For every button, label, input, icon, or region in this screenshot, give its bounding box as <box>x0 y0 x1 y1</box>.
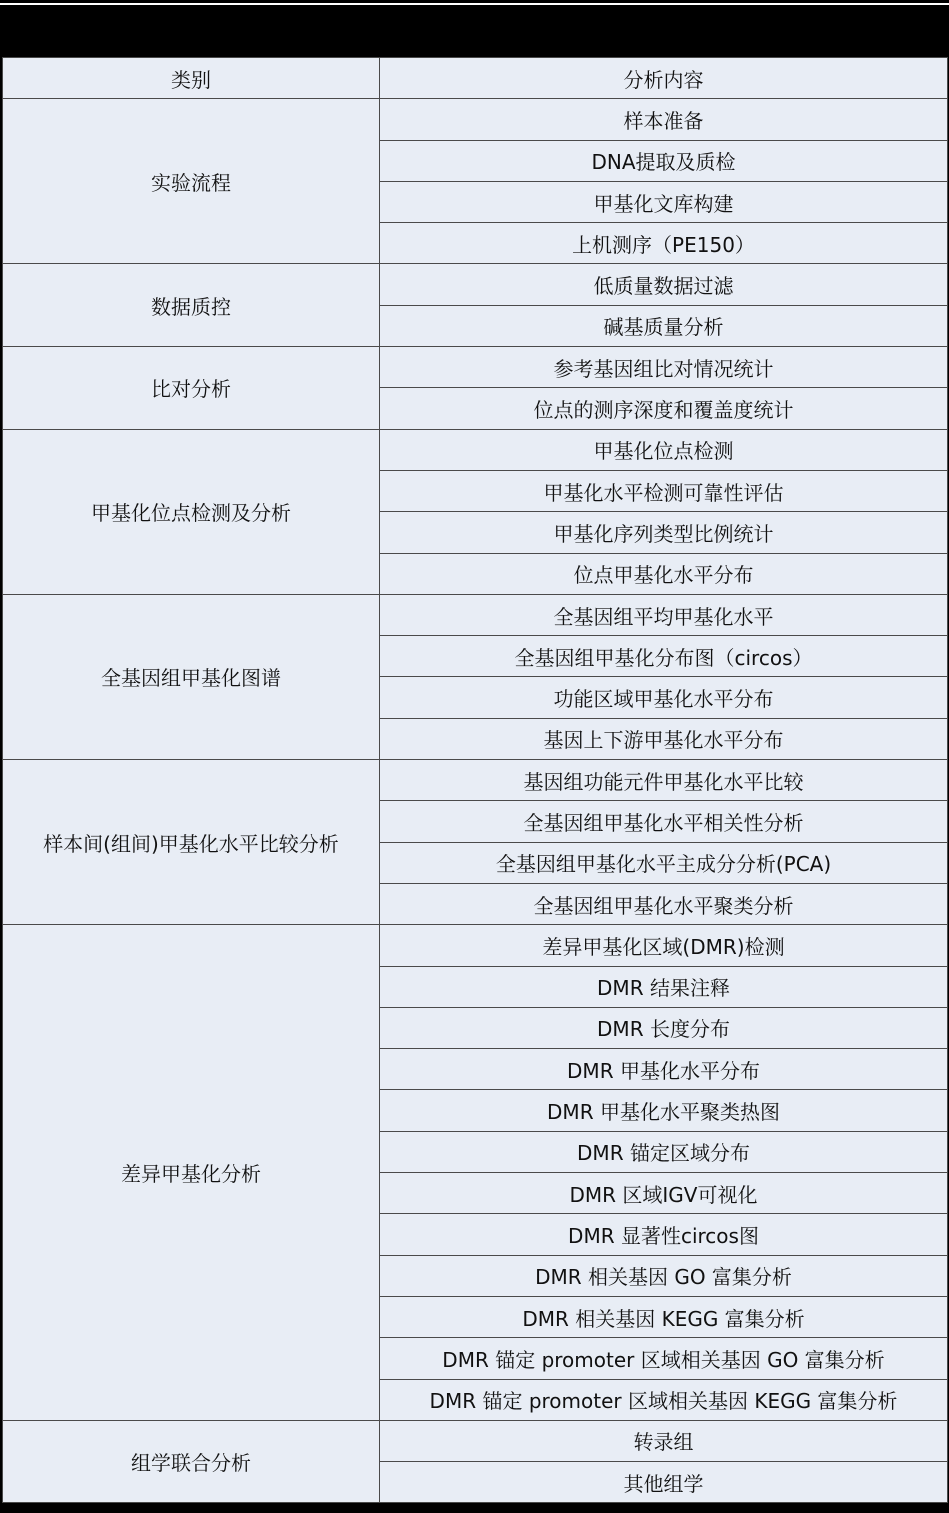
category-cell: 组学联合分析 <box>3 1420 380 1503</box>
header-content: 分析内容 <box>380 58 948 99</box>
content-cell: DMR 锚定 promoter 区域相关基因 GO 富集分析 <box>380 1338 948 1379</box>
content-cell: 参考基因组比对情况统计 <box>380 347 948 388</box>
content-cell: DNA提取及质检 <box>380 140 948 181</box>
content-cell: 甲基化序列类型比例统计 <box>380 512 948 553</box>
category-cell: 样本间(组间)甲基化水平比较分析 <box>3 760 380 925</box>
content-cell: DMR 相关基因 KEGG 富集分析 <box>380 1296 948 1337</box>
content-cell: 全基因组甲基化水平主成分分析(PCA) <box>380 842 948 883</box>
category-cell: 数据质控 <box>3 264 380 347</box>
table-row: 全基因组甲基化图谱全基因组平均甲基化水平 <box>3 594 948 635</box>
content-cell: 甲基化文库构建 <box>380 181 948 222</box>
content-cell: 上机测序（PE150） <box>380 223 948 264</box>
title-bar <box>3 6 946 57</box>
table-row: 实验流程样本准备 <box>3 99 948 140</box>
table-row: 样本间(组间)甲基化水平比较分析基因组功能元件甲基化水平比较 <box>3 760 948 801</box>
content-cell: 位点甲基化水平分布 <box>380 553 948 594</box>
category-cell: 实验流程 <box>3 99 380 264</box>
table-row: 组学联合分析转录组 <box>3 1420 948 1461</box>
content-cell: DMR 甲基化水平聚类热图 <box>380 1090 948 1131</box>
content-cell: 全基因组甲基化水平相关性分析 <box>380 801 948 842</box>
content-cell: 甲基化水平检测可靠性评估 <box>380 470 948 511</box>
content-cell: DMR 相关基因 GO 富集分析 <box>380 1255 948 1296</box>
header-category: 类别 <box>3 58 380 99</box>
header-row: 类别 分析内容 <box>3 58 948 99</box>
content-cell: 样本准备 <box>380 99 948 140</box>
table-row: 比对分析参考基因组比对情况统计 <box>3 347 948 388</box>
content-cell: 全基因组平均甲基化水平 <box>380 594 948 635</box>
category-cell: 全基因组甲基化图谱 <box>3 594 380 759</box>
content-cell: 功能区域甲基化水平分布 <box>380 677 948 718</box>
content-cell: DMR 显著性circos图 <box>380 1214 948 1255</box>
content-cell: 位点的测序深度和覆盖度统计 <box>380 388 948 429</box>
content-cell: 全基因组甲基化分布图（circos） <box>380 636 948 677</box>
content-cell: 全基因组甲基化水平聚类分析 <box>380 883 948 924</box>
category-cell: 差异甲基化分析 <box>3 925 380 1421</box>
category-cell: 比对分析 <box>3 347 380 430</box>
category-cell: 甲基化位点检测及分析 <box>3 429 380 594</box>
content-cell: DMR 结果注释 <box>380 966 948 1007</box>
top-border-line <box>0 3 949 5</box>
content-cell: DMR 区域IGV可视化 <box>380 1173 948 1214</box>
content-cell: 转录组 <box>380 1420 948 1461</box>
content-cell: DMR 锚定区域分布 <box>380 1131 948 1172</box>
content-cell: 其他组学 <box>380 1462 948 1503</box>
content-cell: DMR 甲基化水平分布 <box>380 1049 948 1090</box>
content-cell: 碱基质量分析 <box>380 305 948 346</box>
content-cell: DMR 长度分布 <box>380 1007 948 1048</box>
content-cell: 低质量数据过滤 <box>380 264 948 305</box>
content-cell: DMR 锚定 promoter 区域相关基因 KEGG 富集分析 <box>380 1379 948 1420</box>
content-cell: 基因上下游甲基化水平分布 <box>380 718 948 759</box>
content-cell: 基因组功能元件甲基化水平比较 <box>380 760 948 801</box>
content-cell: 差异甲基化区域(DMR)检测 <box>380 925 948 966</box>
table-row: 差异甲基化分析差异甲基化区域(DMR)检测 <box>3 925 948 966</box>
table-row: 甲基化位点检测及分析甲基化位点检测 <box>3 429 948 470</box>
analysis-content-table: 类别 分析内容 实验流程样本准备DNA提取及质检甲基化文库构建上机测序（PE15… <box>2 57 948 1503</box>
table-body: 实验流程样本准备DNA提取及质检甲基化文库构建上机测序（PE150）数据质控低质… <box>3 99 948 1503</box>
table-row: 数据质控低质量数据过滤 <box>3 264 948 305</box>
content-cell: 甲基化位点检测 <box>380 429 948 470</box>
